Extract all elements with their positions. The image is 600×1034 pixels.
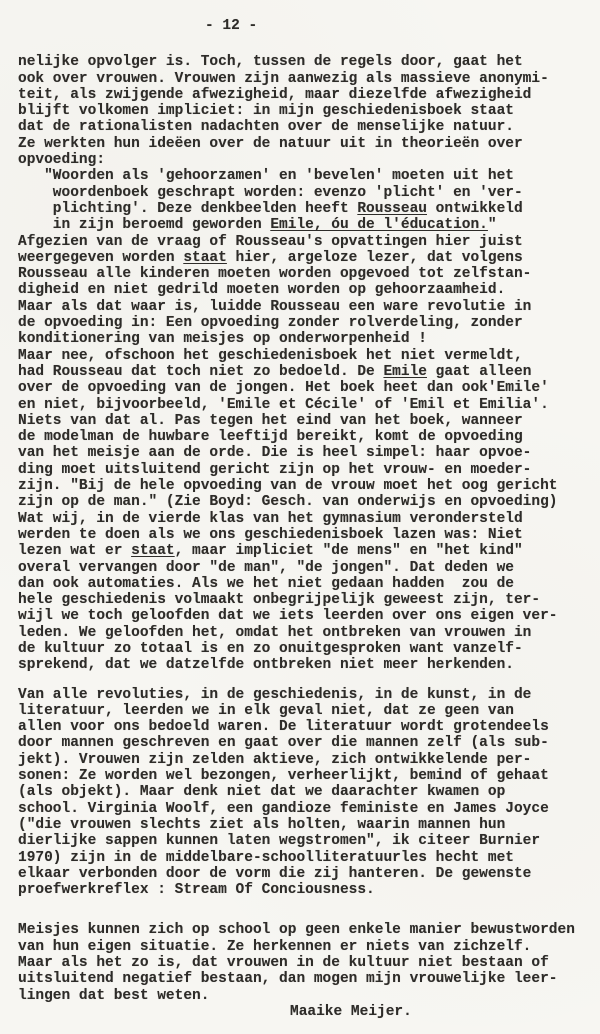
text-segment: Afgezien van de vraag of Rousseau's opva…: [18, 234, 523, 250]
text-line: van hun eigen situatie. Ze herkennen er …: [18, 939, 600, 955]
text-line: zijn op de man." (Zie Boyd: Gesch. van o…: [18, 494, 600, 510]
text-line: literatuur, leerden we in elk geval niet…: [18, 703, 600, 719]
underlined-text: staat: [183, 250, 227, 266]
text-line: zijn. "Bij de hele opvoeding van de vrou…: [18, 478, 600, 494]
text-segment: de kultuur zo totaal is en zo onuitgespr…: [18, 641, 523, 657]
text-segment: elkaar verbonden door de vorm die zij ha…: [18, 866, 531, 882]
text-line: digheid en niet gedrild moeten worden op…: [18, 282, 600, 298]
underlined-text: Rousseau: [357, 201, 427, 217]
text-line: Afgezien van de vraag of Rousseau's opva…: [18, 234, 600, 250]
text-segment: Wat wij, in de vierde klas van het gymna…: [18, 511, 523, 527]
text-line: school. Virginia Woolf, een gandioze fem…: [18, 801, 600, 817]
paragraph: nelijke opvolger is. Toch, tussen de reg…: [18, 54, 600, 673]
page-number: - 12 -: [205, 18, 600, 34]
text-line: overal vervangen door "de man", "de jong…: [18, 560, 600, 576]
text-line: werden te doen als we ons geschiedenisbo…: [18, 527, 600, 543]
text-line: ding moet uitsluitend gericht zijn op he…: [18, 462, 600, 478]
text-segment: hier, argeloze lezer, dat volgens: [227, 250, 523, 266]
text-line: Ze werkten hun ideëen over de natuur uit…: [18, 136, 600, 152]
text-segment: Meisjes kunnen zich op school op geen en…: [18, 922, 575, 938]
text-line: dan ook automaties. Als we het niet geda…: [18, 576, 600, 592]
text-segment: leden. We geloofden het, omdat het ontbr…: [18, 625, 531, 641]
signature: Maaike Meijer.: [290, 1004, 600, 1020]
text-segment: van hun eigen situatie. Ze herkennen er …: [18, 939, 531, 955]
text-segment: uitsluitend negatief bestaan, dan mogen …: [18, 971, 558, 987]
text-segment: gaat alleen: [427, 364, 531, 380]
document-page: - 12 - nelijke opvolger is. Toch, tussen…: [0, 0, 600, 1034]
text-line: ook over vrouwen. Vrouwen zijn aanwezig …: [18, 71, 600, 87]
text-line: sprekend, dat we datzelfde ontbreken nie…: [18, 657, 600, 673]
paragraph: Meisjes kunnen zich op school op geen en…: [18, 922, 600, 1003]
text-line: dat de rationalisten nadachten over de m…: [18, 119, 600, 135]
text-line: de kultuur zo totaal is en zo onuitgespr…: [18, 641, 600, 657]
text-segment: en niet, bijvoorbeeld, 'Emile et Cécile'…: [18, 397, 549, 413]
text-segment: dat de rationalisten nadachten over de m…: [18, 119, 514, 135]
text-line: de modelman de huwbare leeftijd bereikt,…: [18, 429, 600, 445]
text-line: Van alle revoluties, in de geschiedenis,…: [18, 687, 600, 703]
text-segment: ook over vrouwen. Vrouwen zijn aanwezig …: [18, 71, 549, 87]
text-segment: (als objekt). Maar denk niet dat we daar…: [18, 784, 505, 800]
text-line: Maar nee, ofschoon het geschiedenisboek …: [18, 348, 600, 364]
text-segment: Ze werkten hun ideëen over de natuur uit…: [18, 136, 523, 152]
text-line: hele geschiedenis volmaakt onbegrijpelij…: [18, 592, 600, 608]
text-segment: konditionering van meisjes op onderworpe…: [18, 331, 427, 347]
text-line: 1970) zijn in de middelbare-schoollitera…: [18, 850, 600, 866]
text-segment: Maar nee, ofschoon het geschiedenisboek …: [18, 348, 523, 364]
text-line: weergegeven worden staat hier, argeloze …: [18, 250, 600, 266]
text-segment: Van alle revoluties, in de geschiedenis,…: [18, 687, 531, 703]
text-segment: plichting'. Deze denkbeelden heeft: [18, 201, 357, 217]
text-segment: van het meisje aan de orde. Die is heel …: [18, 445, 531, 461]
text-line: lezen wat er staat, maar impliciet "de m…: [18, 543, 600, 559]
text-line: Maar als dat waar is, luidde Rousseau ee…: [18, 299, 600, 315]
text-segment: werden te doen als we ons geschiedenisbo…: [18, 527, 523, 543]
text-segment: blijft volkomen impliciet: in mijn gesch…: [18, 103, 514, 119]
text-line: ("die vrouwen slechts ziet als holten, w…: [18, 817, 600, 833]
text-line: Meisjes kunnen zich op school op geen en…: [18, 922, 600, 938]
text-line: konditionering van meisjes op onderworpe…: [18, 331, 600, 347]
text-segment: dierlijke sappen kunnen laten wegstromen…: [18, 833, 540, 849]
text-segment: opvoeding:: [18, 152, 105, 168]
text-segment: de opvoeding in: Een opvoeding zonder ro…: [18, 315, 523, 331]
text-line: had Rousseau dat toch niet zo bedoeld. D…: [18, 364, 600, 380]
text-segment: 1970) zijn in de middelbare-schoollitera…: [18, 850, 514, 866]
text-segment: zijn op de man." (Zie Boyd: Gesch. van o…: [18, 494, 558, 510]
text-segment: hele geschiedenis volmaakt onbegrijpelij…: [18, 592, 540, 608]
text-line: over de opvoeding van de jongen. Het boe…: [18, 380, 600, 396]
text-line: (als objekt). Maar denk niet dat we daar…: [18, 784, 600, 800]
text-line: uitsluitend negatief bestaan, dan mogen …: [18, 971, 600, 987]
text-segment: Niets van dat al. Pas tegen het eind van…: [18, 413, 523, 429]
text-line: teit, als zwijgende afwezigheid, maar di…: [18, 87, 600, 103]
text-segment: zijn. "Bij de hele opvoeding van de vrou…: [18, 478, 558, 494]
text-line: nelijke opvolger is. Toch, tussen de reg…: [18, 54, 600, 70]
text-segment: ontwikkeld: [427, 201, 523, 217]
text-segment: Rousseau alle kinderen moeten worden opg…: [18, 266, 531, 282]
underlined-text: Emile: [383, 364, 427, 380]
text-line: opvoeding:: [18, 152, 600, 168]
text-segment: overal vervangen door "de man", "de jong…: [18, 560, 514, 576]
text-segment: allen voor ons bedoeld waren. De literat…: [18, 719, 549, 735]
text-segment: digheid en niet gedrild moeten worden op…: [18, 282, 505, 298]
text-segment: ("die vrouwen slechts ziet als holten, w…: [18, 817, 505, 833]
text-segment: lingen dat best weten.: [18, 988, 209, 1004]
text-segment: proefwerkreflex : Stream Of Conciousness…: [18, 882, 375, 898]
text-segment: school. Virginia Woolf, een gandioze fem…: [18, 801, 549, 817]
text-line: Rousseau alle kinderen moeten worden opg…: [18, 266, 600, 282]
text-segment: , maar impliciet "de mens" en "het kind": [175, 543, 523, 559]
text-line: en niet, bijvoorbeeld, 'Emile et Cécile'…: [18, 397, 600, 413]
text-segment: dan ook automaties. Als we het niet geda…: [18, 576, 514, 592]
text-line: Wat wij, in de vierde klas van het gymna…: [18, 511, 600, 527]
text-line: van het meisje aan de orde. Die is heel …: [18, 445, 600, 461]
text-segment: jekt). Vrouwen zijn zelden aktieve, zich…: [18, 752, 531, 768]
text-line: "Woorden als 'gehoorzamen' en 'bevelen' …: [18, 168, 600, 184]
text-segment: Maar als dat waar is, luidde Rousseau ee…: [18, 299, 531, 315]
text-line: woordenboek geschrapt worden: evenzo 'pl…: [18, 185, 600, 201]
text-segment: over de opvoeding van de jongen. Het boe…: [18, 380, 549, 396]
text-segment: literatuur, leerden we in elk geval niet…: [18, 703, 514, 719]
text-line: dierlijke sappen kunnen laten wegstromen…: [18, 833, 600, 849]
text-segment: teit, als zwijgende afwezigheid, maar di…: [18, 87, 531, 103]
text-line: leden. We geloofden het, omdat het ontbr…: [18, 625, 600, 641]
text-segment: Maar als het zo is, dat vrouwen in de ku…: [18, 955, 549, 971]
text-line: plichting'. Deze denkbeelden heeft Rouss…: [18, 201, 600, 217]
text-line: allen voor ons bedoeld waren. De literat…: [18, 719, 600, 735]
text-line: Niets van dat al. Pas tegen het eind van…: [18, 413, 600, 429]
text-segment: nelijke opvolger is. Toch, tussen de reg…: [18, 54, 523, 70]
document-blocks: nelijke opvolger is. Toch, tussen de reg…: [18, 54, 600, 1004]
text-segment: door mannen geschreven en gaat over die …: [18, 735, 549, 751]
text-segment: wijl we toch geloofden dat we iets leerd…: [18, 608, 558, 624]
underlined-text: Emile, óu de l'éducation.: [270, 217, 488, 233]
text-segment: had Rousseau dat toch niet zo bedoeld. D…: [18, 364, 383, 380]
text-line: door mannen geschreven en gaat over die …: [18, 735, 600, 751]
text-segment: lezen wat er: [18, 543, 131, 559]
text-line: jekt). Vrouwen zijn zelden aktieve, zich…: [18, 752, 600, 768]
text-line: Maar als het zo is, dat vrouwen in de ku…: [18, 955, 600, 971]
text-segment: in zijn beroemd geworden: [18, 217, 270, 233]
text-segment: "Woorden als 'gehoorzamen' en 'bevelen' …: [18, 168, 514, 184]
text-line: elkaar verbonden door de vorm die zij ha…: [18, 866, 600, 882]
text-segment: de modelman de huwbare leeftijd bereikt,…: [18, 429, 523, 445]
text-line: lingen dat best weten.: [18, 988, 600, 1004]
paragraph: Van alle revoluties, in de geschiedenis,…: [18, 687, 600, 899]
text-line: proefwerkreflex : Stream Of Conciousness…: [18, 882, 600, 898]
text-line: sonen: Ze worden wel bezongen, verheerli…: [18, 768, 600, 784]
text-segment: woordenboek geschrapt worden: evenzo 'pl…: [18, 185, 523, 201]
text-line: wijl we toch geloofden dat we iets leerd…: [18, 608, 600, 624]
text-line: in zijn beroemd geworden Emile, óu de l'…: [18, 217, 600, 233]
text-segment: sonen: Ze worden wel bezongen, verheerli…: [18, 768, 549, 784]
text-line: blijft volkomen impliciet: in mijn gesch…: [18, 103, 600, 119]
underlined-text: staat: [131, 543, 175, 559]
text-segment: ": [488, 217, 497, 233]
text-segment: sprekend, dat we datzelfde ontbreken nie…: [18, 657, 514, 673]
text-line: de opvoeding in: Een opvoeding zonder ro…: [18, 315, 600, 331]
text-segment: ding moet uitsluitend gericht zijn op he…: [18, 462, 531, 478]
text-segment: weergegeven worden: [18, 250, 183, 266]
